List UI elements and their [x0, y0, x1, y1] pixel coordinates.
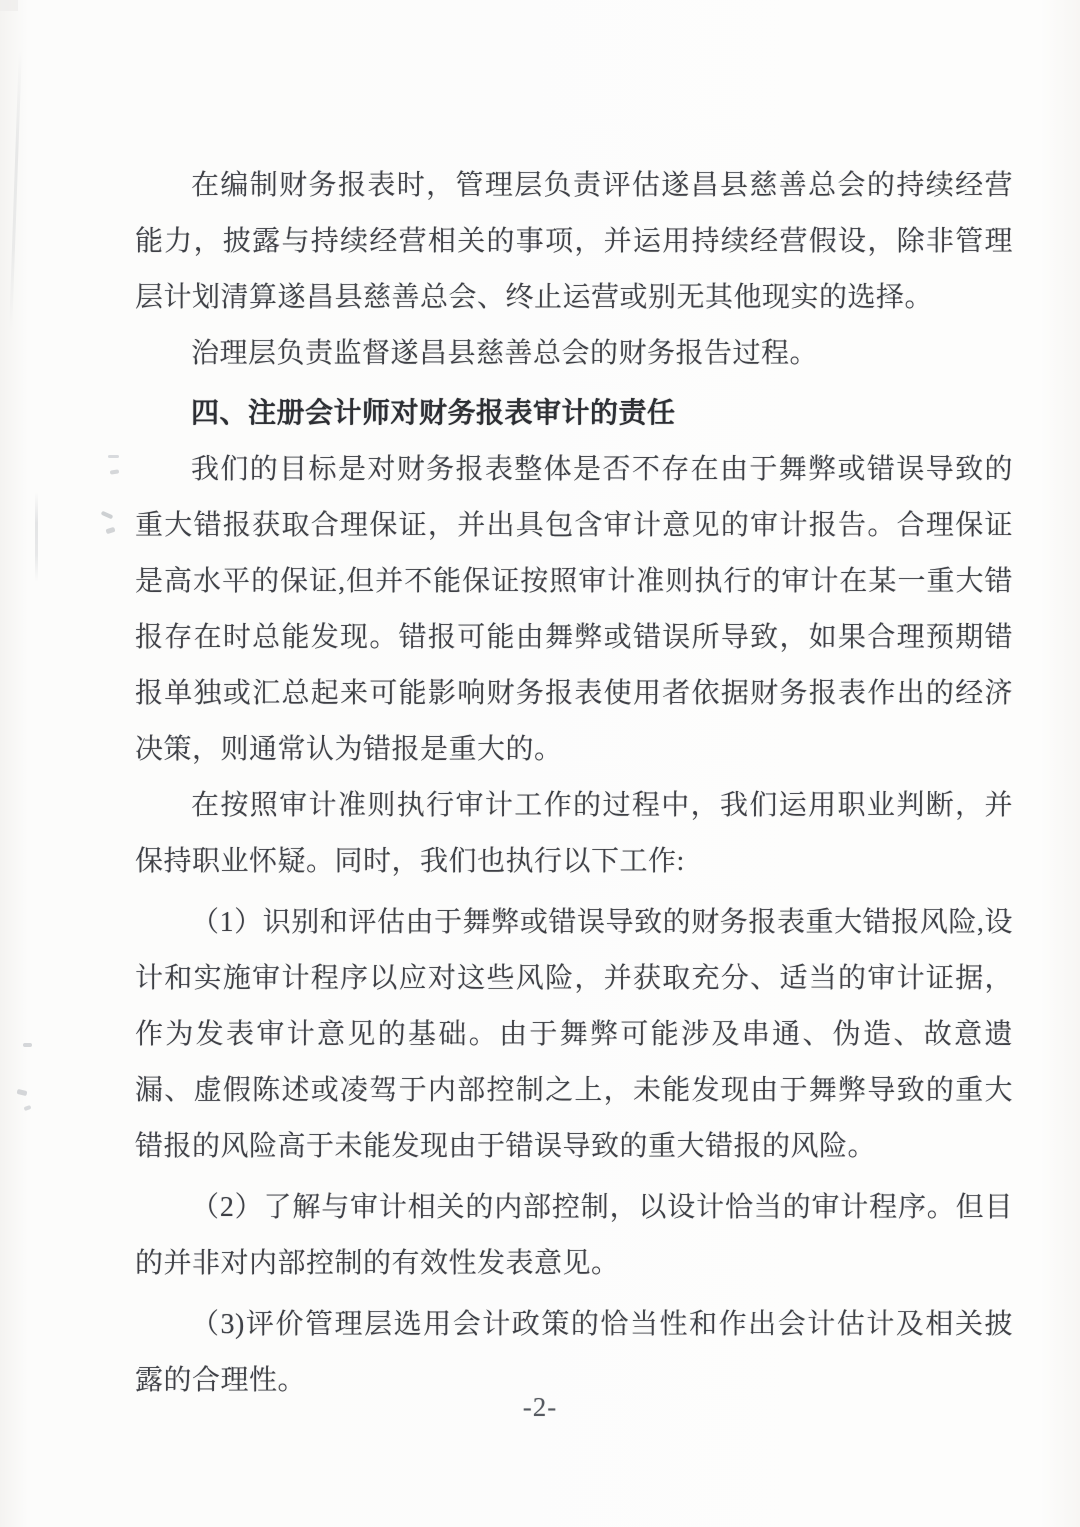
page-number: -2-	[0, 1392, 1080, 1423]
scan-smudge	[24, 1105, 32, 1111]
paragraph: 我们的目标是对财务报表整体是否不存在由于舞弊或错误导致的重大错报获取合理保证，并…	[135, 442, 1013, 778]
scan-streak	[35, 492, 38, 582]
scan-corner-shade	[0, 0, 18, 11]
paragraph: （2）了解与审计相关的内部控制，以设计恰当的审计程序。但目的并非对内部控制的有效…	[135, 1180, 1013, 1292]
scan-streak	[9, 50, 22, 330]
section-heading: 四、注册会计师对财务报表审计的责任	[135, 386, 1013, 442]
scan-smudge	[17, 1089, 28, 1096]
paragraph: 在编制财务报表时，管理层负责评估遂昌县慈善总会的持续经营能力，披露与持续经营相关…	[135, 158, 1013, 326]
scan-smudge	[23, 1043, 32, 1047]
paragraph: 治理层负责监督遂昌县慈善总会的财务报告过程。	[135, 326, 1013, 382]
document-body: 在编制财务报表时，管理层负责评估遂昌县慈善总会的持续经营能力，披露与持续经营相关…	[135, 158, 1013, 1409]
scanned-document-page: 在编制财务报表时，管理层负责评估遂昌县慈善总会的持续经营能力，披露与持续经营相关…	[0, 0, 1080, 1527]
scan-smudge	[101, 511, 114, 520]
scan-smudge	[110, 469, 119, 474]
paragraph: （1）识别和评估由于舞弊或错误导致的财务报表重大错报风险,设计和实施审计程序以应…	[135, 895, 1013, 1175]
scan-smudge	[105, 527, 115, 535]
scan-smudge	[108, 455, 119, 458]
paragraph: 在按照审计准则执行审计工作的过程中，我们运用职业判断，并保持职业怀疑。同时，我们…	[135, 778, 1013, 890]
